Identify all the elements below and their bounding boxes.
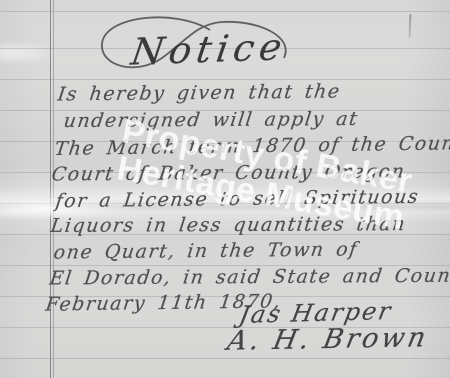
scanned-document-page: Notice Is hereby given that the undersig… <box>0 0 450 378</box>
handwritten-line: Is hereby given that the <box>56 81 342 106</box>
handwritten-line: El Dorado, in said State and County <box>48 265 450 290</box>
handwritten-line: for a License to sell Spirituous <box>54 186 420 212</box>
handwritten-line: Court of Baker County Oregon <box>50 160 407 185</box>
handwritten-line: undersigned will apply at <box>62 108 359 132</box>
handwritten-line: Liquors in less quantities than <box>49 213 407 237</box>
signature-brown: A. H. Brown <box>225 322 432 356</box>
handwritten-line: one Quart, in the Town of <box>52 238 359 263</box>
notice-heading: Notice <box>129 25 290 73</box>
handwritten-line: The March term 1870 of the County <box>53 132 450 160</box>
pencil-mark <box>409 14 412 38</box>
